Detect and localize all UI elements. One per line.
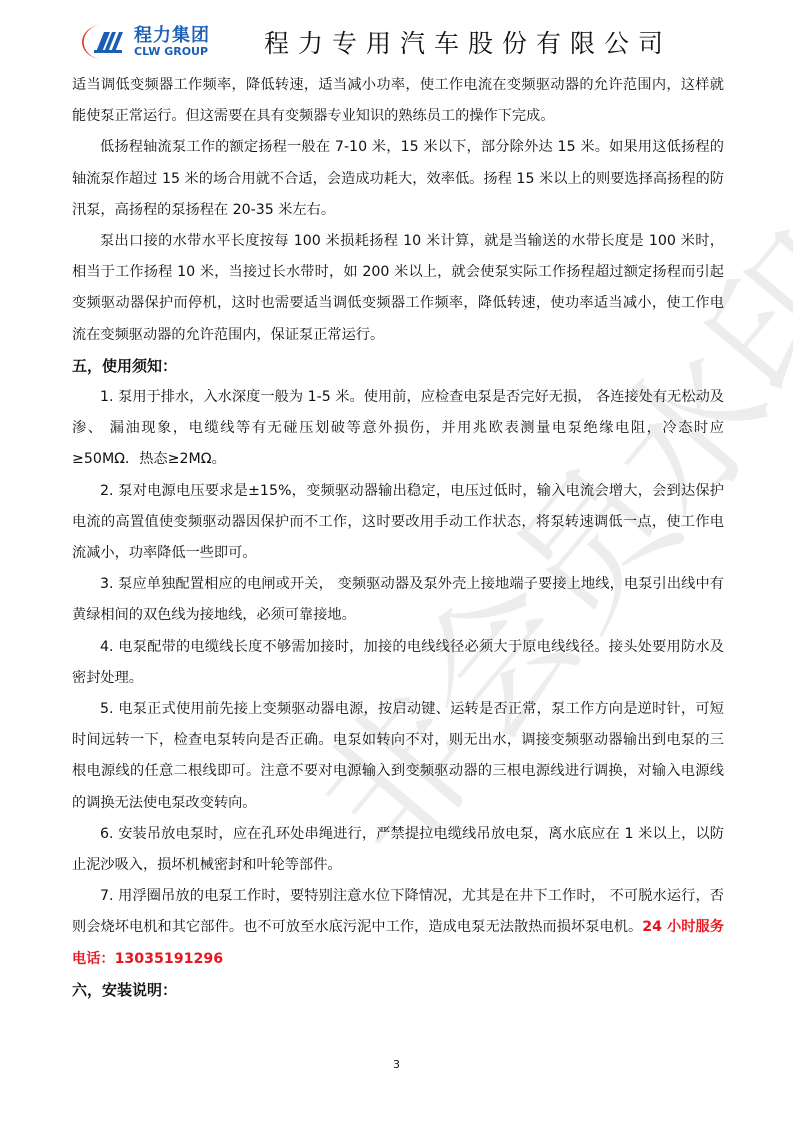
list-item: 5. 电泵正式使用前先接上变频驱动器电源，按启动键、运转是否正常，泵工作方向是逆… (72, 694, 724, 819)
list-item: 2. 泵对电源电压要求是±15%，变频驱动器输出稳定，电压过低时，输入电流会增大… (72, 476, 724, 570)
paragraph: 低扬程轴流泵工作的额定扬程一般在 7-10 米，15 米以下，部分除外达 15 … (72, 132, 724, 226)
company-name: 程力专用汽车股份有限公司 (264, 24, 672, 60)
section-heading-installation: 六，安装说明： (72, 975, 724, 1006)
logo-text-en: CLW GROUP (134, 46, 210, 58)
list-item: 6. 安装吊放电泵时，应在孔环处串绳进行，严禁提拉电缆线吊放电泵，离水底应在 1… (72, 819, 724, 881)
company-logo: 程力集团 CLW GROUP (76, 20, 256, 64)
list-item: 3. 泵应单独配置相应的电闸或开关， 变频驱动器及泵外壳上接地端子要接上地线，电… (72, 569, 724, 631)
list-item: 7. 用浮圈吊放的电泵工作时，要特别注意水位下降情况，尤其是在井下工作时， 不可… (72, 881, 724, 975)
list-item: 4. 电泵配带的电缆线长度不够需加接时，加接的电线线径必须大于原电线线径。接头处… (72, 632, 724, 694)
list-item: 1. 泵用于排水，入水深度一般为 1-5 米。使用前，应检查电泵是否完好无损， … (72, 382, 724, 476)
paragraph: 泵出口接的水带水平长度按每 100 米损耗扬程 10 米计算，就是当输送的水带长… (72, 226, 724, 351)
clw-logo-icon (76, 22, 128, 62)
section-heading-usage: 五，使用须知： (72, 351, 724, 382)
page-header: 程力集团 CLW GROUP 程力专用汽车股份有限公司 (76, 20, 726, 64)
document-body: 适当调低变频器工作频率，降低转速，适当减小功率，使工作电流在变频驱动器的允许范围… (72, 70, 724, 1006)
paragraph: 适当调低变频器工作频率，降低转速，适当减小功率，使工作电流在变频驱动器的允许范围… (72, 70, 724, 132)
page-number: 3 (0, 1058, 793, 1071)
list-item-text: 7. 用浮圈吊放的电泵工作时，要特别注意水位下降情况，尤其是在井下工作时， 不可… (72, 888, 724, 935)
logo-text-cn: 程力集团 (134, 26, 210, 46)
